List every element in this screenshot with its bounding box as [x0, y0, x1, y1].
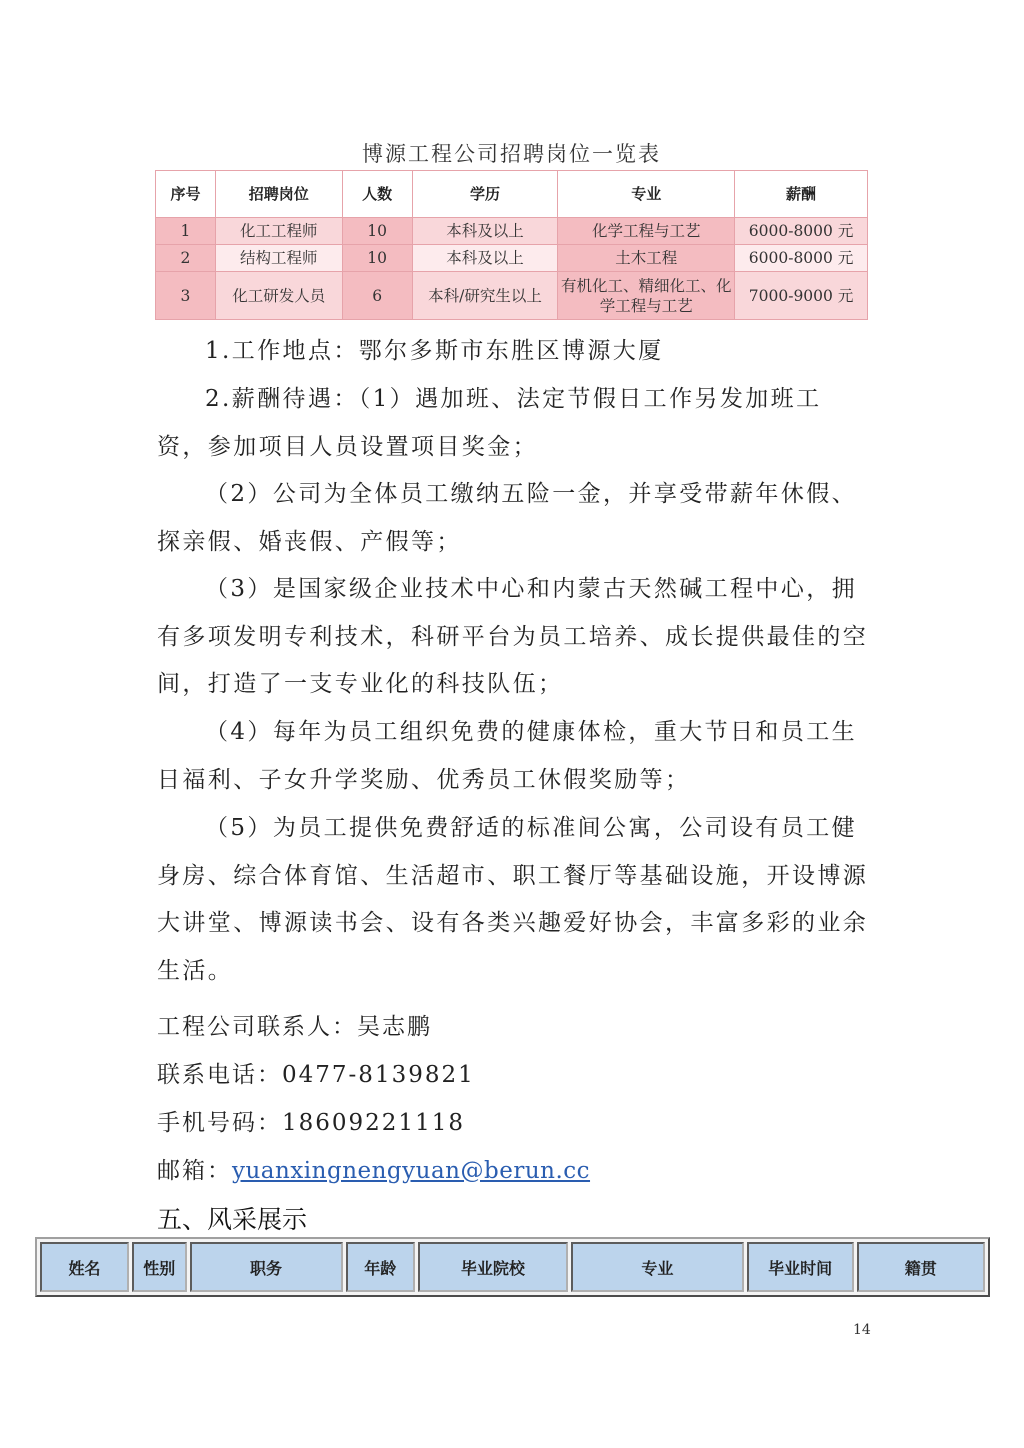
cell-education: 本科及以上: [412, 218, 558, 245]
header-education: 学历: [412, 171, 558, 218]
cell-index: 1: [156, 218, 216, 245]
cell-position: 结构工程师: [215, 245, 342, 272]
contact-email-label: 邮箱：: [157, 1158, 232, 1184]
cell-major: 土木工程: [558, 245, 735, 272]
header-major: 专业: [571, 1242, 744, 1292]
table-row: 1 化工工程师 10 本科及以上 化学工程与工艺 6000-8000 元: [156, 218, 868, 245]
contact-mobile-label: 手机号码：: [157, 1110, 282, 1136]
contact-mobile-line: 手机号码：18609221118: [157, 1104, 465, 1137]
recruitment-table-title: 博源工程公司招聘岗位一览表: [155, 138, 868, 168]
header-salary: 薪酬: [735, 171, 868, 218]
header-position: 招聘岗位: [215, 171, 342, 218]
header-age: 年龄: [346, 1242, 415, 1292]
contact-phone-value: 0477-8139821: [282, 1062, 475, 1088]
cell-education: 本科及以上: [412, 245, 558, 272]
header-name: 姓名: [40, 1242, 129, 1292]
cell-salary: 6000-8000 元: [735, 245, 868, 272]
contact-email-line: 邮箱：yuanxingnengyuan@berun.cc: [157, 1152, 590, 1185]
paragraph-work-location: 1.工作地点：鄂尔多斯市东胜区博源大厦: [157, 328, 869, 376]
header-gender: 性别: [132, 1242, 187, 1292]
header-school: 毕业院校: [418, 1242, 568, 1292]
contact-mobile-value: 18609221118: [282, 1110, 465, 1136]
recruitment-table: 序号 招聘岗位 人数 学历 专业 薪酬 1 化工工程师 10 本科及以上 化学工…: [155, 170, 868, 320]
header-graduation-time: 毕业时间: [747, 1242, 854, 1292]
contact-phone-line: 联系电话：0477-8139821: [157, 1056, 475, 1089]
cell-salary: 6000-8000 元: [735, 218, 868, 245]
section-heading: 五、风采展示: [157, 1200, 307, 1236]
cell-index: 3: [156, 272, 216, 320]
staff-header-row: 姓名 性别 职务 年龄 毕业院校 专业 毕业时间 籍贯: [40, 1242, 985, 1292]
cell-salary: 7000-9000 元: [735, 272, 868, 320]
paragraph-health-welfare: （4）每年为员工组织免费的健康体检，重大节日和员工生日福利、子女升学奖励、优秀员…: [157, 709, 869, 804]
paragraph-salary-benefits: 2.薪酬待遇：（1）遇加班、法定节假日工作另发加班工资，参加项目人员设置项目奖金…: [157, 376, 869, 471]
contact-phone-label: 联系电话：: [157, 1062, 282, 1088]
table-header-row: 序号 招聘岗位 人数 学历 专业 薪酬: [156, 171, 868, 218]
staff-table: 姓名 性别 职务 年龄 毕业院校 专业 毕业时间 籍贯: [35, 1237, 990, 1297]
page-number: 14: [853, 1322, 871, 1338]
cell-major: 有机化工、精细化工、化学工程与工艺: [558, 272, 735, 320]
header-index: 序号: [156, 171, 216, 218]
email-link[interactable]: yuanxingnengyuan@berun.cc: [232, 1158, 590, 1184]
table-row: 3 化工研发人员 6 本科/研究生以上 有机化工、精细化工、化学工程与工艺 70…: [156, 272, 868, 320]
contact-person-name: 吴志鹏: [357, 1014, 432, 1040]
cell-count: 10: [342, 218, 412, 245]
cell-count: 6: [342, 272, 412, 320]
table-row: 2 结构工程师 10 本科及以上 土木工程 6000-8000 元: [156, 245, 868, 272]
paragraph-insurance: （2）公司为全体员工缴纳五险一金，并享受带薪年休假、探亲假、婚丧假、产假等；: [157, 471, 869, 566]
header-title: 职务: [190, 1242, 343, 1292]
cell-position: 化工研发人员: [215, 272, 342, 320]
contact-person-label: 工程公司联系人：: [157, 1014, 357, 1040]
header-major: 专业: [558, 171, 735, 218]
cell-position: 化工工程师: [215, 218, 342, 245]
header-hometown: 籍贯: [857, 1242, 985, 1292]
header-count: 人数: [342, 171, 412, 218]
cell-count: 10: [342, 245, 412, 272]
cell-major: 化学工程与工艺: [558, 218, 735, 245]
paragraph-facilities: （5）为员工提供免费舒适的标准间公寓，公司设有员工健身房、综合体育馆、生活超市、…: [157, 805, 869, 995]
cell-index: 2: [156, 245, 216, 272]
contact-person-line: 工程公司联系人：吴志鹏: [157, 1008, 432, 1041]
paragraph-tech-center: （3）是国家级企业技术中心和内蒙古天然碱工程中心，拥有多项发明专利技术，科研平台…: [157, 566, 869, 709]
cell-education: 本科/研究生以上: [412, 272, 558, 320]
